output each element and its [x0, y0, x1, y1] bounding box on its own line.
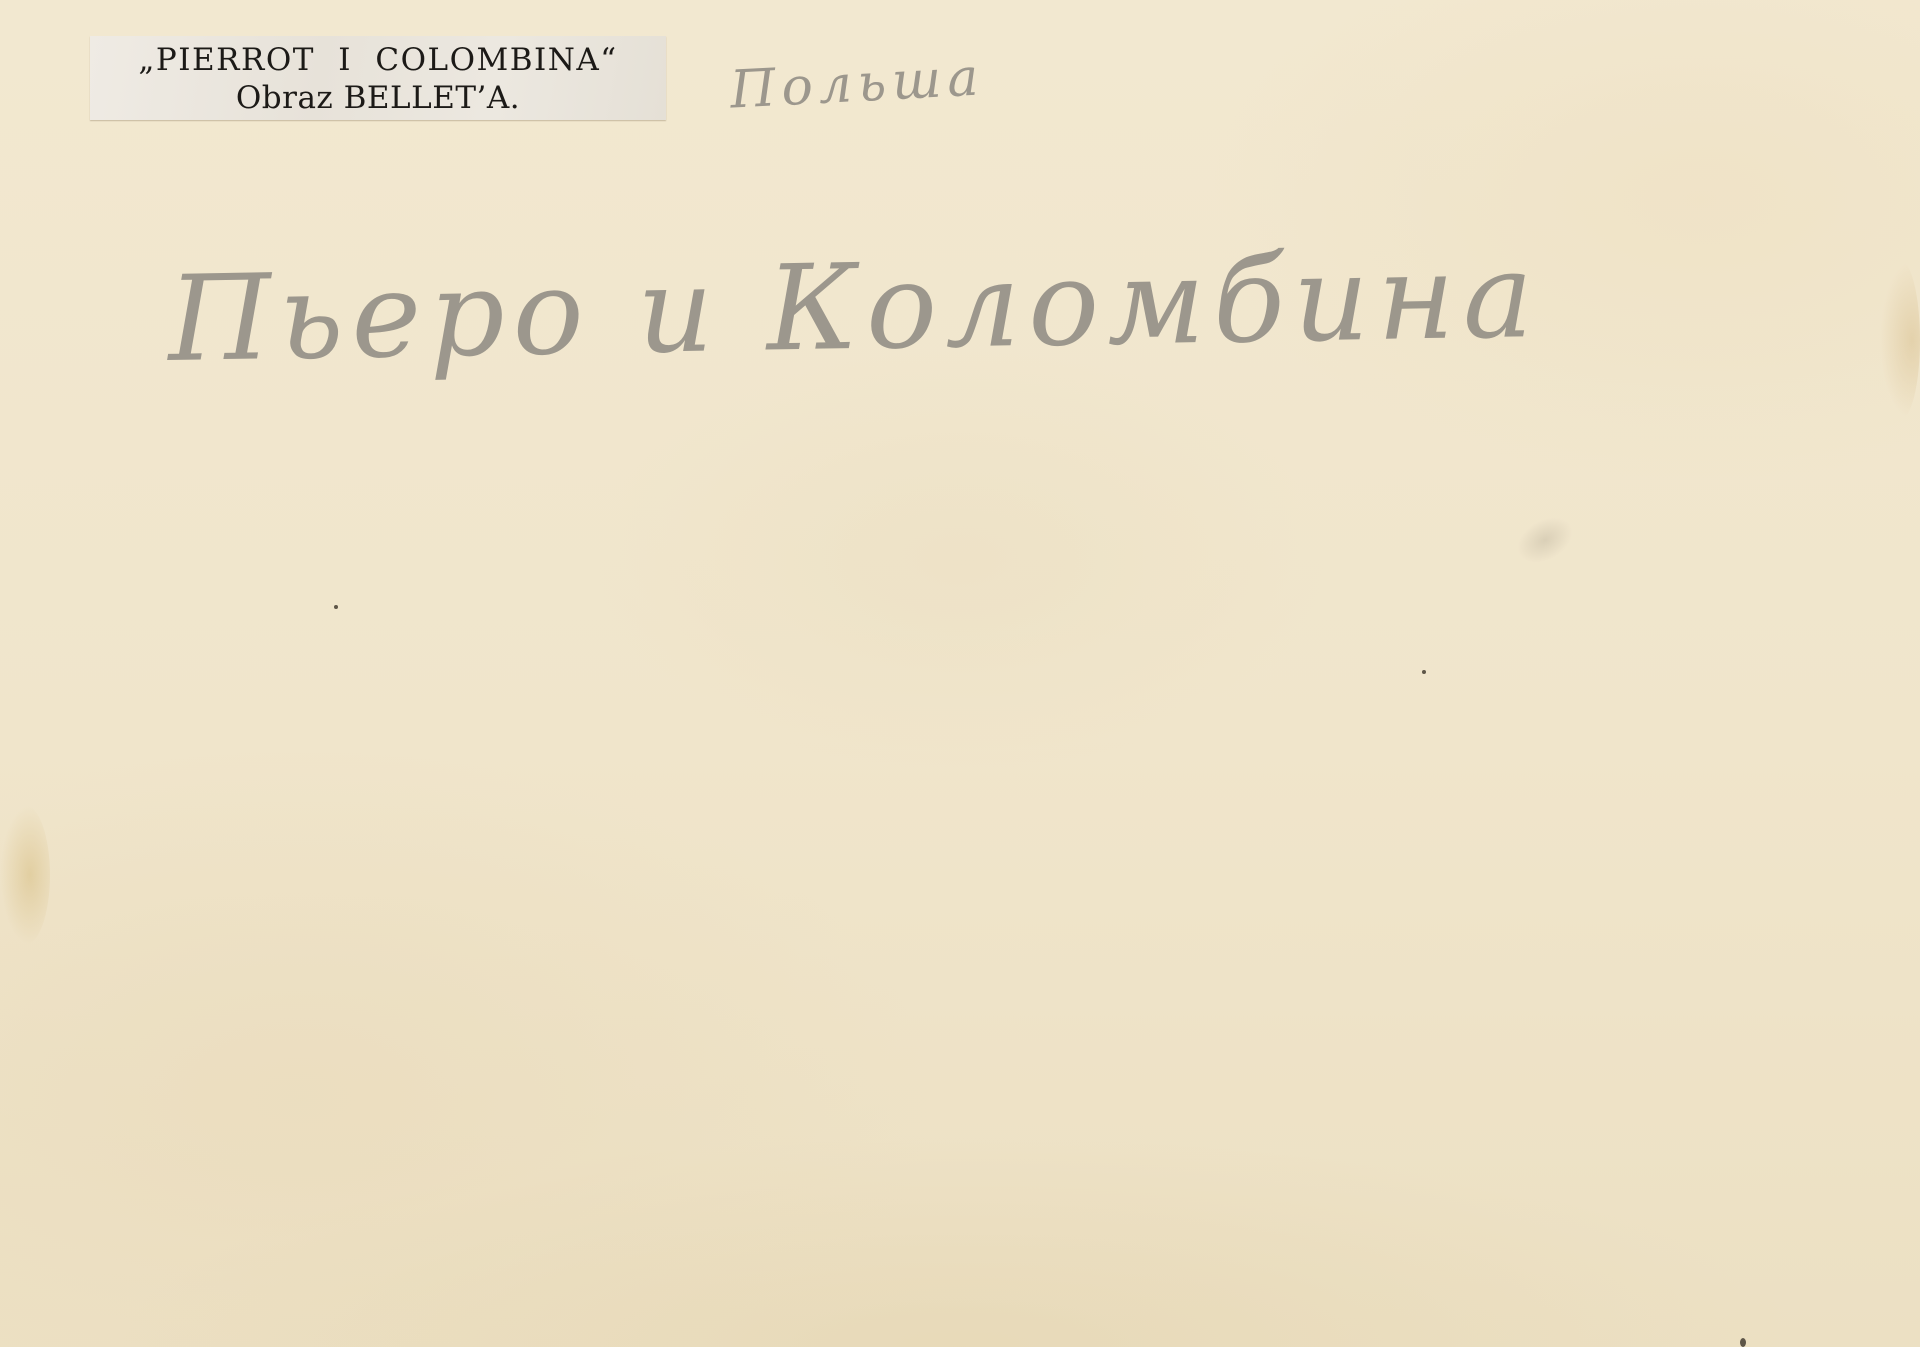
- speck: [1422, 670, 1426, 674]
- speck: [334, 605, 338, 609]
- handwritten-title: Пьеро и Коломбина: [167, 226, 1542, 388]
- speck: [1740, 1338, 1746, 1347]
- label-title: „PIERROT I COLOMBINA“: [90, 42, 666, 78]
- edge-stain: [1880, 260, 1920, 420]
- water-stain: [0, 805, 50, 945]
- printed-label: „PIERROT I COLOMBINA“ Obraz BELLET’A.: [90, 36, 666, 120]
- pencil-smudge: [1509, 508, 1581, 573]
- handwritten-country: Польша: [729, 47, 986, 120]
- label-subtitle: Obraz BELLET’A.: [90, 80, 666, 116]
